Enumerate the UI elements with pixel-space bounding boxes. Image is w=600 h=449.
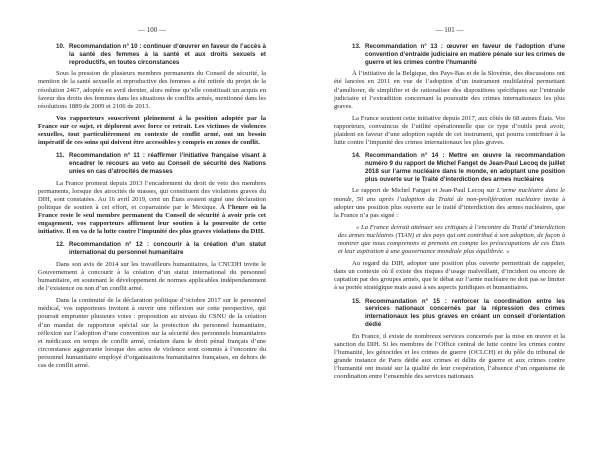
page-101: — 101 — 13. Recommandation n° 13 : œuvre… <box>334 26 565 385</box>
recommendation-15-heading: 15. Recommandation n° 15 : renforcer la … <box>352 298 565 329</box>
recommendation-12-heading: 12. Recommandation n° 12 : concourir à l… <box>56 241 266 257</box>
recommendation-13-number: 13. <box>352 43 365 66</box>
page-number-left: — 100 — <box>38 26 266 34</box>
recommendation-11-heading: 11. Recommandation n° 11 : réaffirmer l’… <box>56 152 266 175</box>
recommendation-15-title: Recommandation n° 15 : renforcer la coor… <box>365 298 565 329</box>
paragraph-services-nationaux: En France, il existe de nombreux service… <box>334 333 565 382</box>
recommendation-10-number: 10. <box>56 43 69 66</box>
paragraph-initiative-belgique: À l’initiative de la Belgique, des Pays-… <box>334 70 565 110</box>
paragraph-continuite: Dans la continuité de la déclaration pol… <box>38 297 266 370</box>
recommendation-11-number: 11. <box>56 152 69 175</box>
recommendation-10-heading: 10. Recommandation n° 10 : continuer d’œ… <box>56 43 266 66</box>
paragraph-cncdh: Dans son avis de 2014 sur les travailleu… <box>38 261 266 293</box>
recommendation-14-number: 14. <box>352 152 365 183</box>
paragraph-resolution-2467: Sous la pression de plusieurs membres pe… <box>38 70 266 110</box>
paragraph-regard-dih: Au regard du DIH, adopter une position p… <box>334 260 565 292</box>
paragraph-veto: La France promeut depuis 2013 l’encadrem… <box>38 180 266 237</box>
recommendation-13-heading: 13. Recommandation n° 13 : œuvrer en fav… <box>352 43 565 66</box>
recommendation-14-heading: 14. Recommandation n° 14 : Mettre en œuv… <box>352 152 565 183</box>
recommendation-15-number: 15. <box>352 298 365 329</box>
recommendation-12-number: 12. <box>56 241 69 257</box>
page-100: — 100 — 10. Recommandation n° 10 : conti… <box>38 26 266 374</box>
page-number-right: — 101 — <box>334 26 565 34</box>
recommendation-10-title: Recommandation n° 10 : continuer d’œuvre… <box>69 43 266 66</box>
paragraph-soutien-2017: La France soutient cette initiative depu… <box>334 115 565 147</box>
quote-tian: « La France devrait atténuer ses critiqu… <box>334 224 565 256</box>
document-spread: — 100 — 10. Recommandation n° 10 : conti… <box>0 0 600 449</box>
recommendation-14-title: Recommandation n° 14 : Mettre en œuvre l… <box>365 152 565 183</box>
paragraph-rapporteurs-position: Vos rapporteurs souscrivent pleinement à… <box>38 115 266 147</box>
paragraph-rapport-fanget: Le rapport de Michel Fanget et Jean-Paul… <box>334 187 565 219</box>
recommendation-11-title: Recommandation n° 11 : réaffirmer l’init… <box>69 152 266 175</box>
paragraph-rapport-pre: Le rapport de Michel Fanget et Jean-Paul… <box>352 187 497 194</box>
recommendation-12-title: Recommandation n° 12 : concourir à la cr… <box>69 241 266 257</box>
recommendation-13-title: Recommandation n° 13 : œuvrer en faveur … <box>365 43 565 66</box>
